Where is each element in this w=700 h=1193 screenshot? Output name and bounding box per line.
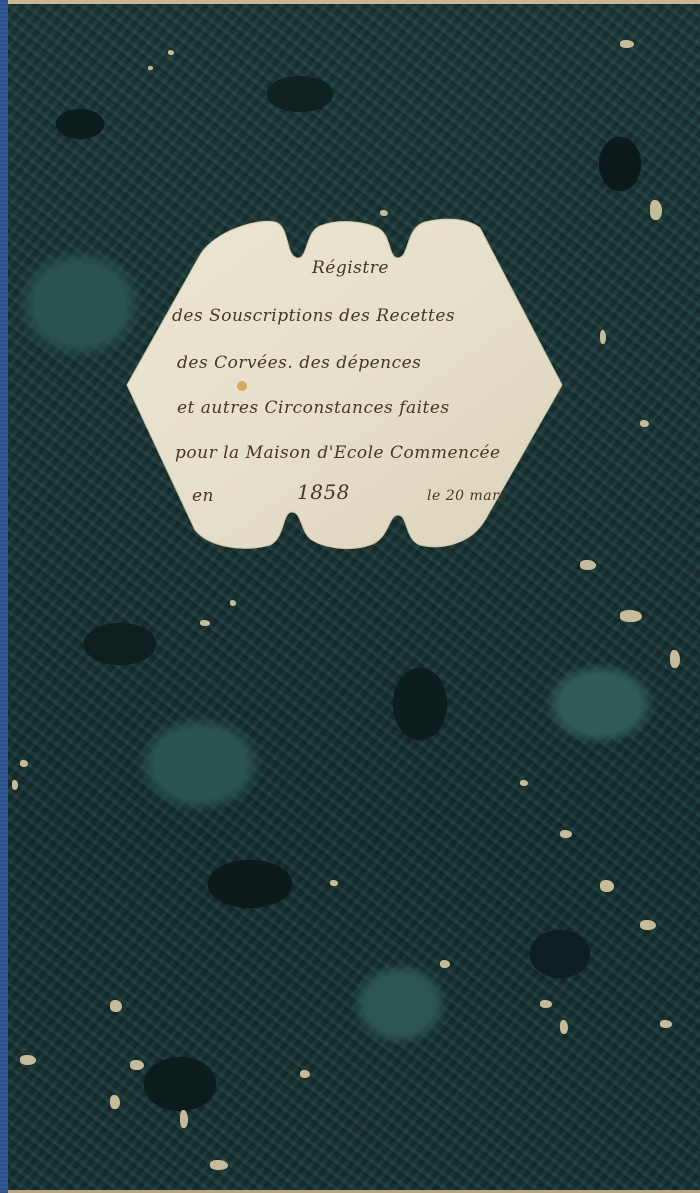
label-year: 1858 bbox=[297, 480, 350, 504]
label-line-1: des Souscriptions des Recettes bbox=[172, 306, 455, 326]
label-title: Régistre bbox=[312, 258, 389, 278]
label-line-3: et autres Circonstances faites bbox=[177, 398, 450, 418]
label-line-4: pour la Maison d'Ecole Commencée bbox=[175, 443, 501, 463]
label-text: Régistre des Souscriptions des Recettes … bbox=[127, 218, 562, 550]
notebook-cover bbox=[0, 0, 700, 1193]
label-date-prefix: en bbox=[192, 486, 214, 506]
label-line-2: des Corvées. des dépences bbox=[177, 353, 421, 373]
blue-spine-strip bbox=[0, 0, 8, 1193]
paper-stain bbox=[237, 381, 247, 391]
label-date-suffix: le 20 mars bbox=[427, 488, 507, 504]
